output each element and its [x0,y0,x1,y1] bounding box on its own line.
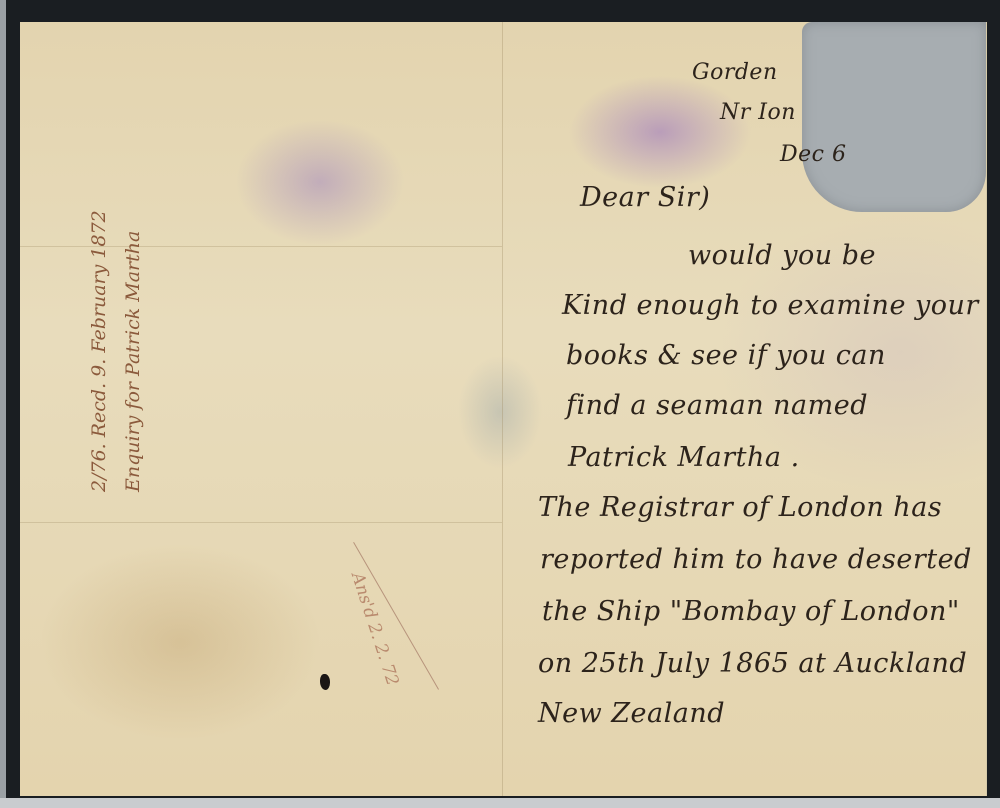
margin-annotation-line-2: Enquiry for Patrick Martha [116,210,150,492]
letter-body-line-4: find a seaman named [566,390,868,421]
letter-body-line-7: reported him to have deserted [540,544,972,575]
letter-body-line-3: books & see if you can [566,340,886,371]
letter-date: Dec 6 [780,142,846,167]
letter-body-line-5: Patrick Martha . [568,442,800,473]
letter-body-line-2: Kind enough to examine your [562,290,979,321]
letter-body-line-6: The Registrar of London has [538,492,942,523]
letter-salutation: Dear Sir) [580,182,710,213]
letter-body-line-8: the Ship "Bombay of London" [542,596,960,627]
letter-body-line-9: on 25th July 1865 at Auckland [538,648,967,679]
letter-address-line-1: Gorden [692,60,778,85]
margin-annotation: 2/76. Recd. 9. February 1872 Enquiry for… [82,210,150,492]
fold-crease-horizontal-lower [20,522,502,523]
scan-border-bottom [0,798,1000,808]
letter-address-line-2: Nr Ion [720,100,796,125]
pencil-annotation: Ans'd 2. 2. 72 [347,570,402,688]
scan-border-left [0,0,6,808]
letter-page: Gorden Nr Ion Dec 6 Dear Sir) would you … [20,22,987,796]
ink-blot [320,674,330,690]
letter-body-line-1: would you be [688,240,876,271]
margin-annotation-line-1: 2/76. Recd. 9. February 1872 [82,210,116,492]
tissue-repair-patch [802,22,986,212]
fold-crease-vertical [502,22,503,796]
letter-body-line-10: New Zealand [538,698,725,729]
